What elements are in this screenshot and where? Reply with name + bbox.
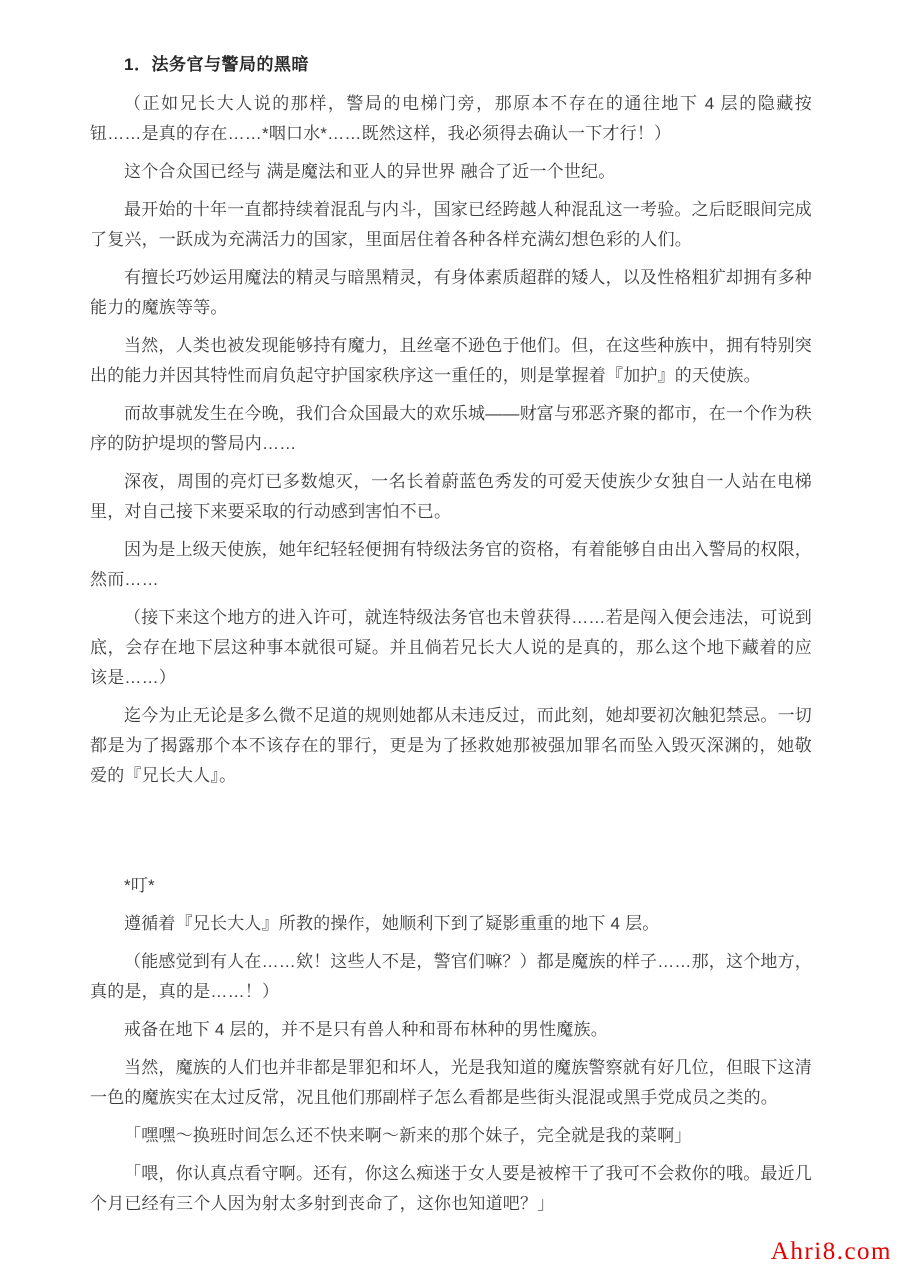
paragraph-midnight-girl: 深夜，周围的亮灯已多数熄灭，一名长着蔚蓝色秀发的可爱天使族少女独自一人站在电梯里… <box>90 467 812 527</box>
paragraph-monologue-permission: （接下来这个地方的进入许可，就连特级法务官也未曾获得……若是闯入便会违法，可说到… <box>90 603 812 693</box>
chapter-title: 1．法务官与警局的黑暗 <box>90 50 812 75</box>
site-watermark: Ahri8.com <box>771 1238 892 1266</box>
paragraph-suspicion: 当然，魔族的人们也并非都是罪犯和坏人，光是我知道的魔族警察就有好几位，但眼下这清… <box>90 1053 812 1113</box>
paragraph-resolve: 迄今为止无论是多么微不足道的规则她都从未违反过，而此刻，她却要初次触犯禁忌。一切… <box>90 701 812 791</box>
paragraph-dialogue-guard2: 「喂，你认真点看守啊。还有，你这么痴迷于女人要是被榨干了我可不会救你的哦。最近几… <box>90 1159 812 1219</box>
paragraph-races: 有擅长巧妙运用魔法的精灵与暗黑精灵，有身体素质超群的矮人，以及性格粗犷却拥有多种… <box>90 263 812 323</box>
paragraph-qualification: 因为是上级天使族，她年纪轻轻便拥有特级法务官的资格，有着能够自由出入警局的权限，… <box>90 535 812 595</box>
document-body: （正如兄长大人说的那样，警局的电梯门旁，那原本不存在的通往地下 4 层的隐藏按钮… <box>90 89 812 1219</box>
paragraph-dialogue-guard1: 「嘿嘿～换班时间怎么还不快来啊～新来的那个妹子，完全就是我的菜啊」 <box>90 1121 812 1151</box>
paragraph-angels: 当然，人类也被发现能够持有魔力，且丝毫不逊色于他们。但，在这些种族中，拥有特别突… <box>90 331 812 391</box>
paragraph-sfx-ding: *叮* <box>90 871 812 901</box>
document-content: 1．法务官与警局的黑暗 （正如兄长大人说的那样，警局的电梯门旁，那原本不存在的通… <box>0 0 900 1219</box>
paragraph-history: 最开始的十年一直都持续着混乱与内斗，国家已经跨越人种混乱这一考验。之后眨眼间完成… <box>90 195 812 255</box>
paragraph-story-begins: 而故事就发生在今晚，我们合众国最大的欢乐城——财富与邪恶齐聚的都市，在一个作为秩… <box>90 399 812 459</box>
document-page: 1．法务官与警局的黑暗 （正如兄长大人说的那样，警局的电梯门旁，那原本不存在的通… <box>0 0 900 1272</box>
paragraph-monologue-elevator-button: （正如兄长大人说的那样，警局的电梯门旁，那原本不存在的通往地下 4 层的隐藏按钮… <box>90 89 812 149</box>
paragraph-monologue-guards: （能感觉到有人在……欸！这些人不是，警官们嘛？）都是魔族的样子……那，这个地方，… <box>90 947 812 1007</box>
paragraph-world-setting: 这个合众国已经与 满是魔法和亚人的异世界 融合了近一个世纪。 <box>90 157 812 187</box>
paragraph-guard-races: 戒备在地下 4 层的，并不是只有兽人种和哥布林种的男性魔族。 <box>90 1015 812 1045</box>
paragraph-arrive-b4: 遵循着『兄长大人』所教的操作，她顺利下到了疑影重重的地下 4 层。 <box>90 909 812 939</box>
